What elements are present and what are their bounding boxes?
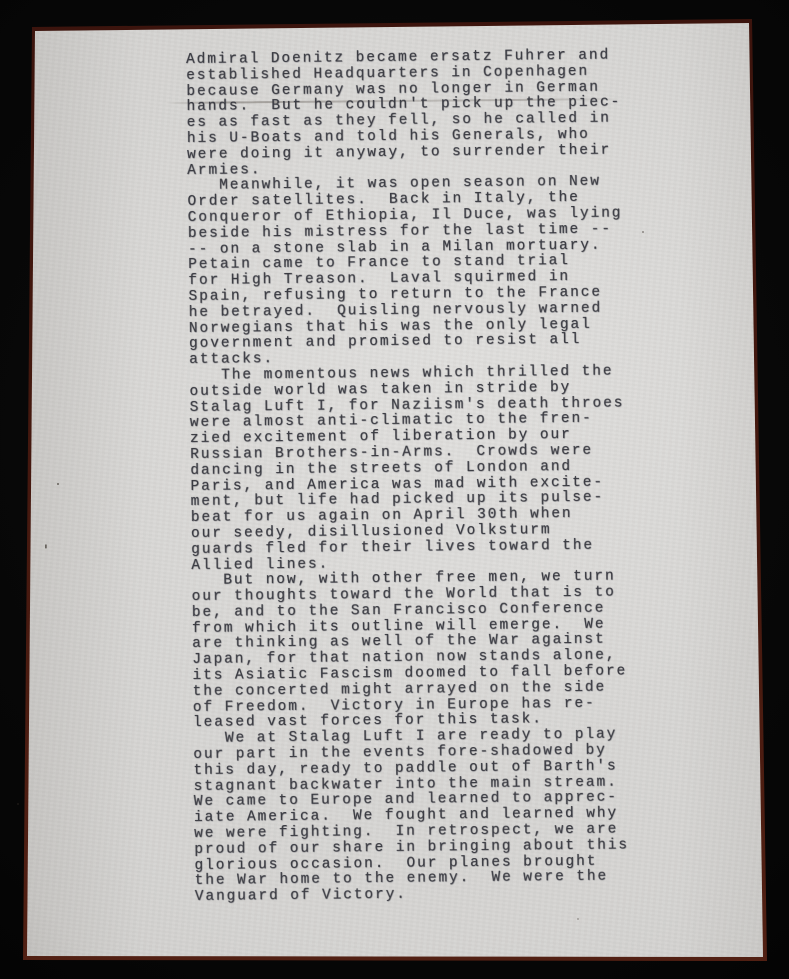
typewritten-text: Admiral Doenitz became ersatz Fuhrer and…	[186, 48, 630, 906]
photo-background: Admiral Doenitz became ersatz Fuhrer and…	[0, 0, 789, 979]
pen-tick-mark: '	[44, 543, 48, 559]
dust-specks	[57, 483, 59, 485]
